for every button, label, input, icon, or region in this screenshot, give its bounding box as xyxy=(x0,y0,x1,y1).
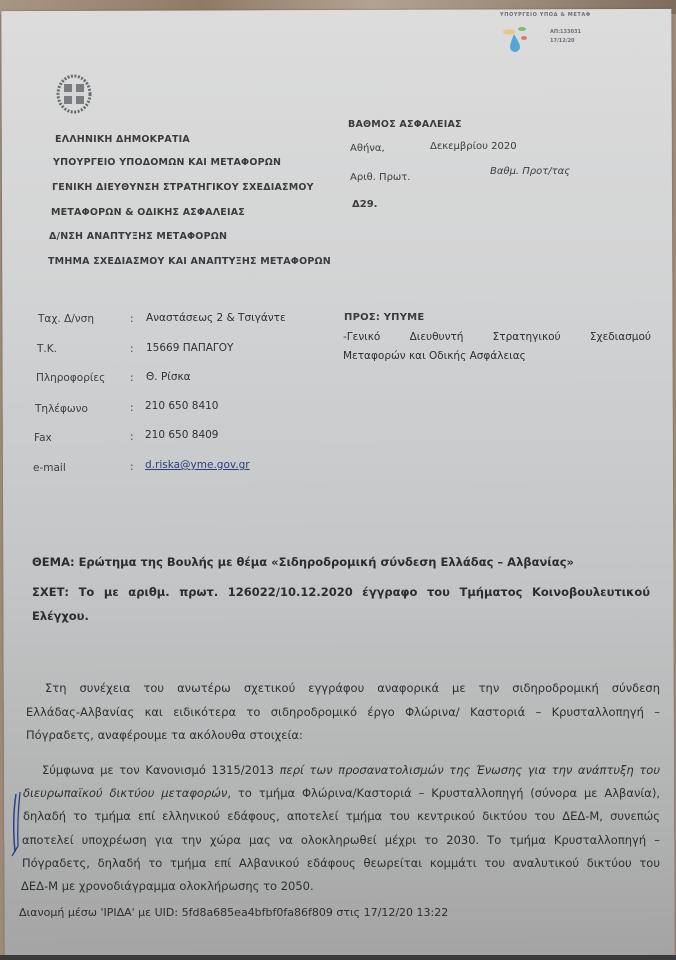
contact-label-phone: Τηλέφωνο xyxy=(35,403,88,415)
recipient-line-1: -Γενικό Διευθυντή Στρατηγικού Σχεδιασμού xyxy=(343,331,651,343)
org-line-2: ΥΠΟΥΡΓΕΙΟ ΥΠΟΔΟΜΩΝ ΚΑΙ ΜΕΤΑΦΟΡΩΝ xyxy=(53,157,281,168)
org-line-5: Δ/ΝΣΗ ΑΝΑΠΤΥΞΗΣ ΜΕΤΑΦΟΡΩΝ xyxy=(49,231,227,242)
regulation-title-cont: διευρωπαϊκού δικτύου μεταφορών xyxy=(23,786,227,800)
protocol-label: Αριθ. Πρωτ. xyxy=(350,172,411,183)
colon: : xyxy=(130,313,134,325)
colon: : xyxy=(130,343,134,355)
body-para2-line1: Σύμφωνα με τον Κανονισμό 1315/2013 περί … xyxy=(42,763,660,777)
document-date: Δεκεμβρίου 2020 xyxy=(430,141,517,152)
subject-theme: ΘΕΜΑ: Ερώτημα της Βουλής με θέμα «Σιδηρο… xyxy=(32,555,574,569)
stamp-ministry: ΥΠΟΥΡΓΕΙΟ ΥΠΟΔ & ΜΕΤΑΦ xyxy=(500,12,591,18)
body-para2-line4: αποτελεί υποχρέωση για την χώρα μας να ο… xyxy=(22,833,660,847)
contact-label-email: e-mail xyxy=(33,462,66,474)
contact-label-fax: Fax xyxy=(34,432,52,444)
contact-label-info: Πληροφορίες xyxy=(36,372,105,384)
regulation-title: περί των προσανατολισμών της Ένωσης για … xyxy=(280,763,660,777)
colon: : xyxy=(130,461,134,473)
org-line-3: ΓΕΝΙΚΗ ΔΙΕΥΘΥΝΣΗ ΣΤΡΑΤΗΓΙΚΟΥ ΣΧΕΔΙΑΣΜΟΥ xyxy=(52,182,314,193)
contact-value-postcode: 15669 ΠΑΠΑΓΟΥ xyxy=(146,342,233,354)
subject-reference: ΣΧΕΤ: Το με αριθμ. πρωτ. 126022/10.12.20… xyxy=(32,585,650,599)
regulation-text: Σύμφωνα με τον Κανονισμό 1315/2013 xyxy=(42,763,280,777)
priority-label: Βαθμ. Προτ/τας xyxy=(490,166,570,177)
colon: : xyxy=(130,372,134,384)
body-para2-line6: ΔΕΔ-Μ με χρονοδιάγραμμα ολοκλήρωσης το 2… xyxy=(21,879,314,893)
section-text: , το τμήμα Φλώρινα/Καστοριά – Κρυσταλλοπ… xyxy=(227,786,660,800)
recipient-line-2: Μεταφορών και Οδικής Ασφάλειας xyxy=(343,350,526,362)
contact-value-info: Θ. Ρίσκα xyxy=(146,371,191,383)
colon: : xyxy=(130,402,134,414)
subject-reference-cont: Ελέγχου. xyxy=(32,609,89,623)
greek-emblem-icon xyxy=(56,74,92,114)
contact-value-fax: 210 650 8409 xyxy=(145,429,218,441)
org-line-1: ΕΛΛΗΝΙΚΗ ΔΗΜΟΚΡΑΤΙΑ xyxy=(55,134,190,145)
contact-label-address: Ταχ. Δ/νση xyxy=(38,313,94,325)
org-line-4: ΜΕΤΑΦΟΡΩΝ & ΟΔΙΚΗΣ ΑΣΦΑΛΕΙΑΣ xyxy=(51,207,245,218)
body-para1-line3: Πόγραδετς, αναφέρουμε τα ακόλουθα στοιχε… xyxy=(26,728,303,742)
recipient-to: ΠΡΟΣ: ΥΠΥΜΕ xyxy=(344,312,424,323)
bottom-edge xyxy=(0,955,676,960)
org-line-6: ΤΜΗΜΑ ΣΧΕΔΙΑΣΜΟΥ ΚΑΙ ΑΝΑΠΤΥΞΗΣ ΜΕΤΑΦΟΡΩΝ xyxy=(48,256,331,267)
colon: : xyxy=(130,431,134,443)
security-level: ΒΑΘΜΟΣ ΑΣΦΑΛΕΙΑΣ xyxy=(348,119,462,130)
body-para1-line1: Στη συνέχεια του ανωτέρω σχετικού εγγράφ… xyxy=(45,681,660,695)
contact-label-postcode: Τ.Κ. xyxy=(37,343,57,355)
ministry-logo-icon xyxy=(500,24,536,56)
body-para2-line2: διευρωπαϊκού δικτύου μεταφορών, το τμήμα… xyxy=(23,786,660,800)
stamp-date: 17/12/20 xyxy=(550,38,575,44)
protocol-code: Δ29. xyxy=(352,199,377,210)
body-para2-line5: Πόγραδετς, δηλαδή το τμήμα επί Αλβανικού… xyxy=(22,856,660,870)
body-para2-line3: δηλαδή το τμήμα επί ελληνικού εδάφους, α… xyxy=(23,809,660,823)
pen-annotation-mark xyxy=(8,790,22,860)
body-para1-line2: Ελλάδας-Αλβανίας και ειδικότερα το σιδηρ… xyxy=(26,705,660,719)
stamp-number: ΑΠ:133031 xyxy=(550,29,581,35)
contact-value-address: Αναστάσεως 2 & Τσιγάντε xyxy=(146,312,286,324)
distribution-footer: Διανομή μέσω 'ΙΡΙΔΑ' με UID: 5fd8a685ea4… xyxy=(19,906,448,919)
email-link[interactable]: d.riska@yme.gov.gr xyxy=(145,459,250,471)
contact-value-phone: 210 650 8410 xyxy=(145,400,218,412)
city: Αθήνα, xyxy=(350,143,385,154)
